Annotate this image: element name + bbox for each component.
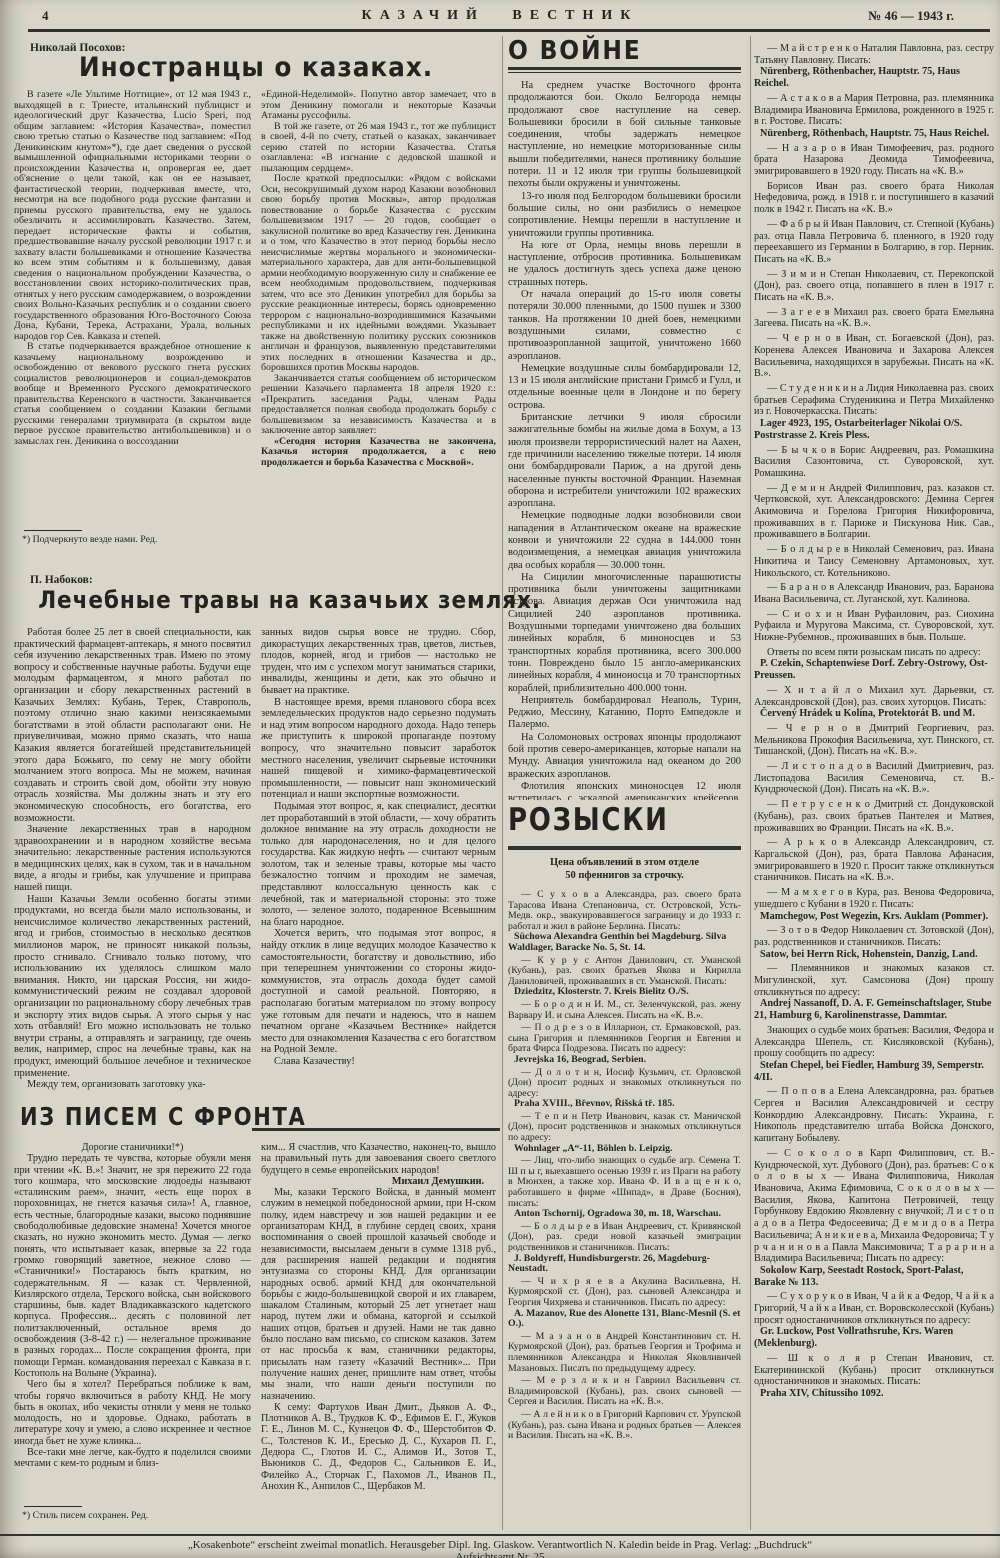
paragraph: — С т у д е н и к и н а Лидия Николаевна… [754,383,994,418]
rozyski-column3: — С у х о в а Александра, раз. своего бр… [508,888,741,1530]
article1-column2: «Единой-Неделимой». Попутно автор замеча… [261,90,496,572]
paragraph: Борисов Иван раз. своего брата Николая Н… [754,181,994,216]
footnote-rule [24,530,82,531]
paragraph: — Д о л о т и н, Иосиф Кузьмич, ст. Орло… [508,1068,741,1100]
paragraph: «Сегодня история Казачества не закончена… [261,437,496,469]
paragraph: — М е р з л и к и н Гавриил Васильевич с… [508,1376,741,1408]
article1-footnote: *) Подчеркнуто везде нами. Ред. [22,530,247,545]
header-rule [28,29,990,32]
paragraph: — Лиц, что-либо знающих о судьбе агр. Се… [508,1156,741,1209]
paragraph: — Ч е р н о в Иван, ст. Богаевской (Дон)… [754,333,994,380]
paragraph: — Ф а б р ы й Иван Павлович, ст. Степной… [754,219,994,266]
footer-rule [0,1534,1000,1536]
paragraph: В статье подчеркивается враждебное отнош… [14,342,251,447]
paragraph: Заканчивается статья сообщением об истор… [261,374,496,437]
address-line: Lager 4923, 195, Ostarbeiterlager Nikola… [754,418,994,441]
paragraph: — Т е п и н Петр Иванович, казак ст. Ман… [508,1112,741,1144]
letters-divider-rule [252,1128,500,1131]
address-line: Praha XVIII., Břevnov, Řišská tř. 185. [508,1099,741,1110]
article1-column1: В газете «Ле Ультиме Ноттицие», от 12 ма… [14,90,251,530]
paragraph: Неприятель бомбардировал Неаполь, Турин,… [508,695,741,732]
paragraph: Флотилия японских миноносцев 12 июля вст… [508,781,741,800]
paragraph: — Ч е р н о в Дмитрий Георгиевич, раз. М… [754,723,994,758]
rozyski-headline: РОЗЫСКИ [508,802,669,838]
letters-headline: ИЗ ПИСЕМ С ФРОНТА [20,1102,306,1131]
article2-column2: занных видов сырья вовсе не трудно. Сбор… [261,627,496,1123]
address-line: Andrej Nassanoff, D. A. F. Gemeinschafts… [754,998,994,1021]
footer-imprint: „Kosakenbote“ erscheint zweimal monatlic… [0,1539,1000,1551]
paragraph: — М а й с т р е н к о Наталия Павловна, … [754,43,994,66]
address-line: Stefan Chepel, bei Fiedler, Hamburg 39, … [754,1060,994,1083]
paragraph: — Л и с т о п а д о в Василий Дмитриевич… [754,761,994,796]
address-line: Anton Tschornij, Ogradowa 30, m. 18, War… [508,1209,741,1220]
paragraph: На среднем участке Восточного фронта про… [508,80,741,191]
paragraph: Между тем, организовать заготовку ука- [14,1079,251,1091]
paragraph: — З а г е е в Михаил раз. своего брата Е… [754,307,994,330]
address-line: Satow, bei Herrn Rick, Hohenstein, Danzi… [754,949,994,961]
paragraph: Знающих о судьбе моих братьев: Василия, … [754,1025,994,1060]
paragraph: В той же газете, от 26 мая 1943 г., тот … [261,122,496,175]
paragraph: — Б а р а н о в Александр Иванович, раз.… [754,582,994,605]
paragraph: Британские летчики 9 июля сбросили зажиг… [508,412,741,510]
paragraph: После краткой предпосылки: «Рядом с войс… [261,174,496,374]
address-line: Jevrejska 16, Beograd, Serbien. [508,1055,741,1066]
paragraph: Хочется верить, что подымая этот вопрос,… [261,928,496,1056]
paragraph: ким... Я счастлив, что Казачество, након… [261,1142,496,1176]
paragraph: — Б ы ч к о в Борис Андреевич, раз. Рома… [754,445,994,480]
paragraph: — Б о л д ы р е в Николай Семенович, раз… [754,544,994,579]
war-headline-bar [508,67,741,70]
issue-number: № 46 — 1943 г. [868,8,954,24]
paragraph: Все-таки мне легче, как-будто я поделилс… [14,1447,251,1470]
paragraph: — А р ь к о в Александр Александрович, с… [754,837,994,884]
article2-column1: Работая более 25 лет в своей специальнос… [14,627,251,1097]
footnote-text: *) Стиль писем сохранен. Ред. [22,1510,148,1521]
address-line: P. Czekin, Schaptenwiese Dorf. Zebry-Ost… [754,658,994,681]
address-line: A. Mazanov, Rue des Alonette 131, Blanc-… [508,1309,741,1330]
paragraph: Слава Казачеству! [261,1056,496,1068]
paragraph: — Ч и х р я е в а Акулина Васильевна, Н.… [508,1277,741,1309]
paragraph: Ответы по всем пяти розыскам писать по а… [754,647,994,659]
paragraph: — Б о л д ы р е в Иван Андреевич, ст. Кр… [508,1222,741,1254]
letters-column2: ким... Я счастлив, что Казачество, након… [261,1142,496,1530]
paragraph: На юге от Орла, немцы вновь перешли в на… [508,240,741,289]
paragraph: Наши Казачьи Земли особенно богаты этими… [14,894,251,1080]
paragraph: занных видов сырья вовсе не трудно. Сбор… [261,627,496,697]
paragraph: 13-го июля под Белгородом большевики бро… [508,191,741,240]
letters-column1: Дорогие станичники!*)Трудно передать те … [14,1142,251,1502]
column-divider [750,36,751,1530]
article2-headline: Лечебные травы на казачьих землях. [38,586,474,614]
paragraph: В настоящее время, время планового сбора… [261,697,496,801]
paragraph: От начала операций до 15-го июля советы … [508,289,741,363]
address-line: Dziedzitz, Klosterstr. 7. Kreis Bielitz … [508,987,741,998]
paragraph: Михаил Демушкин. [261,1176,496,1187]
paragraph: Подымая этот вопрос, я, как специалист, … [261,801,496,929]
newspaper-page: 4 КАЗАЧИЙ ВЕСТНИК № 46 — 1943 г. Николай… [0,0,1000,1558]
address-line: Praha XIV, Chitussiho 1092. [754,1388,994,1400]
paragraph: Значение лекарственных трав в народном з… [14,824,251,894]
price-note-line2: 50 пфеннигов за строчку. [508,869,741,882]
letters-footnote: *) Стиль писем сохранен. Ред. [22,1506,247,1521]
footnote-text: *) Подчеркнуто везде нами. Ред. [22,534,157,545]
address-line: Nürenberg, Röthenbacher, Hauptstr. 75, H… [754,66,994,89]
paragraph: К сему: Фартухов Иван Дмит., Дьяков А. Ф… [261,1402,496,1492]
paragraph: — М а м х е г о в Кура, раз. Венова Федо… [754,887,994,910]
rozyski-price-note: Цена объявлений в этом отделе 50 пфенниг… [508,856,741,882]
paragraph: — Племянников и знакомых казаков ст. Миг… [754,963,994,998]
address-line: Süchowa Alexandra Genthin bei Magdeburg.… [508,932,741,953]
paragraph: — П е т р у с е н к о Дмитрий ст. Дондук… [754,799,994,834]
paragraph: — А л е й н и к о в Григорий Карпович ст… [508,1410,741,1442]
paragraph: — З и м и н Степан Николаевич, ст. Перек… [754,269,994,304]
address-line: Mamchegow, Post Wegezin, Krs. Auklam (Po… [754,911,994,923]
paragraph: — С о к о л о в Карп Филиппович, ст. В.-… [754,1148,994,1265]
paragraph: — С у х о в а Александра, раз. своего бр… [508,890,741,932]
paragraph: — А с т а к о в а Мария Петровна, раз. п… [754,93,994,128]
paragraph: — С и о х и н Иван Руфаилович, раз. Сиох… [754,609,994,644]
war-headline: О ВОЙНЕ [508,36,642,66]
price-note-line1: Цена объявлений в этом отделе [508,856,741,869]
paragraph: На Соломоновых островах японцы продолжаю… [508,732,741,781]
rozyski-headline-bar [508,846,741,850]
paragraph: Работая более 25 лет в своей специальнос… [14,627,251,824]
column-divider [502,36,503,1530]
paragraph: Трудно передать те чувства, которые обуя… [14,1153,251,1379]
paragraph: Немецкие воздушные силы бомбардировали 1… [508,363,741,412]
paragraph: Мы, казаки Терского Войска, в данный мом… [261,1187,496,1402]
paragraph: — М а з а н о в Андрей Константинович ст… [508,1332,741,1374]
paragraph: «Единой-Неделимой». Попутно автор замеча… [261,90,496,122]
paragraph: — Н а з а р о в Иван Тимофеевич, раз. ро… [754,143,994,178]
paragraph: Чего бы я хотел? Перебраться поближе к в… [14,1379,251,1447]
footnote-rule [24,1506,82,1507]
paragraph: — Д е м и н Андрей Филиппович, раз. каза… [754,483,994,542]
paragraph: — Б о р о д и н И. М., ст. Зеленчукской,… [508,1000,741,1021]
paragraph: — З о т о в Федор Николаевич ст. Зотовск… [754,925,994,948]
paragraph: — Х и т а й л о Михаил хут. Дарьевки, ст… [754,685,994,708]
address-line: Červený Hrádek u Kolína, Protektorát B. … [754,708,994,720]
paragraph: — С у х о р у к о в Иван, Ч а й к а Федо… [754,1291,994,1326]
address-line: Sokolow Karp, Seestadt Rostock, Sport-Pa… [754,1265,994,1288]
rozyski-column4: — М а й с т р е н к о Наталия Павловна, … [754,40,994,1530]
address-line: Gr. Luckow, Post Vollrathsruhe, Krs. War… [754,1326,994,1349]
article1-headline: Иностранцы о казаках. [33,52,478,83]
paragraph: — П о д р е з о в Илларион, ст. Ермаковс… [508,1023,741,1055]
footer-imprint-line2: Aufsichtsamt Nr. 25 [0,1551,1000,1558]
newspaper-title: КАЗАЧИЙ ВЕСТНИК [0,8,1000,24]
war-headline-bar-thin [508,72,741,73]
paragraph: — К у р у с Антон Данилович, ст. Уманско… [508,956,741,988]
paragraph: В газете «Ле Ультиме Ноттицие», от 12 ма… [14,90,251,342]
paragraph: Немецкие подводные лодки возобновили сво… [508,510,741,571]
paragraph: На Сицилии многочисленные парашютисты пр… [508,572,741,695]
paragraph: — Ш к о л я р Степан Иванович, ст. Екате… [754,1353,994,1388]
address-line: Wohnlager „A“-11, Böhlen b. Leipzig. [508,1144,741,1155]
paragraph: — П о п о в а Елена Александровна, раз. … [754,1086,994,1145]
war-text: На среднем участке Восточного фронта про… [508,80,741,800]
address-line: Nürenberg, Röthenbach, Hauptstr. 75, Hau… [754,128,994,140]
address-line: J. Boldyreff, Hundisburgerstr. 26, Magde… [508,1254,741,1275]
article2-byline: П. Набоков: [30,574,93,586]
paragraph: Дорогие станичники!*) [14,1142,251,1153]
